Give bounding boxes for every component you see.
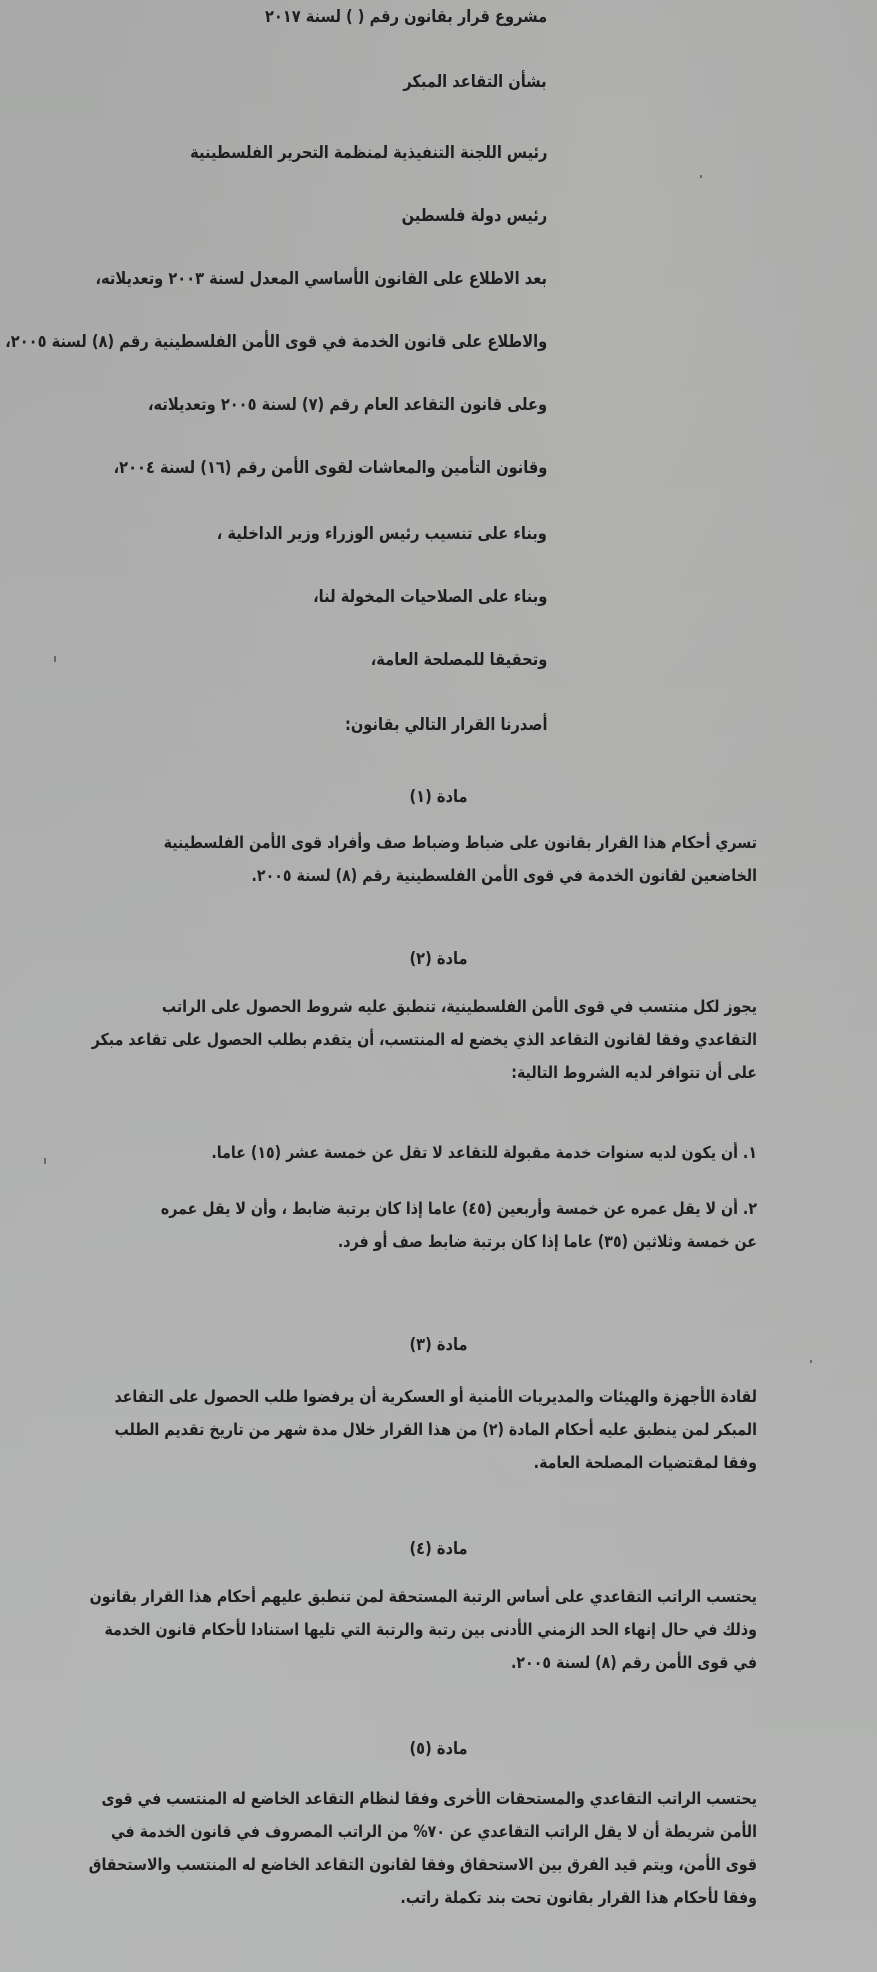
article-5-line: وفقا لأحكام هذا القرار بقانون تحت بند تك… [103,1881,757,1914]
preamble-line: وقانون التأمين والمعاشات لقوى الأمن رقم … [113,457,547,479]
article-1-line: تسري أحكام هذا القرار بقانون على ضباط وض… [103,826,757,859]
condition-number: ٢. [743,1199,757,1218]
article-1-heading: مادة (١) [61,786,815,808]
scan-speck [810,1360,812,1363]
article-2-line: يجوز لكل منتسب في قوى الأمن الفلسطينية، … [103,990,757,1023]
document-title: مشروع قرار بقانون رقم ( ) لسنة ٢٠١٧ [265,6,547,28]
scanned-document-page: مشروع قرار بقانون رقم ( ) لسنة ٢٠١٧ بشأن… [0,0,877,1972]
article-3-body: لقادة الأجهزة والهيئات والمديريات الأمني… [103,1380,757,1479]
article-4-heading: مادة (٤) [61,1538,815,1560]
condition-text: أن يكون لديه سنوات خدمة مقبولة للتقاعد ل… [211,1143,738,1162]
article-2-body: يجوز لكل منتسب في قوى الأمن الفلسطينية، … [103,990,757,1089]
article-4-line: يحتسب الراتب التقاعدي على أساس الرتبة ال… [103,1580,757,1613]
article-2-heading: مادة (٢) [61,948,815,970]
enactment-line: أصدرنا القرار التالي بقانون: [344,714,547,736]
condition-line: ١. أن يكون لديه سنوات خدمة مقبولة للتقاع… [103,1136,757,1169]
preamble-line: والاطلاع على قانون الخدمة في قوى الأمن ا… [5,331,547,353]
article-3-heading: مادة (٣) [61,1334,815,1356]
preamble-line: بعد الاطلاع على القانون الأساسي المعدل ل… [96,268,547,290]
preamble-line: وبناء على تنسيب رئيس الوزراء وزير الداخل… [217,523,547,545]
article-4-line: وذلك في حال إنهاء الحد الزمني الأدنى بين… [103,1613,757,1646]
article-2-line: التقاعدي وفقا لقانون التقاعد الذي يخضع ل… [103,1023,757,1056]
preamble-line: وبناء على الصلاحيات المخولة لنا، [313,586,547,608]
article-5-line: يحتسب الراتب التقاعدي والمستحقات الأخرى … [103,1782,757,1815]
article-2-condition-1: ١. أن يكون لديه سنوات خدمة مقبولة للتقاع… [103,1136,757,1169]
article-5-line: الأمن شريطة أن لا يقل الراتب التقاعدي عن… [103,1815,757,1848]
article-3-line: المبكر لمن ينطبق عليه أحكام المادة (٢) م… [103,1413,757,1446]
condition-number: ١. [743,1143,757,1162]
scan-speck [54,656,56,662]
article-1-body: تسري أحكام هذا القرار بقانون على ضباط وض… [103,826,757,892]
scan-speck [44,1158,46,1164]
article-5-line: قوى الأمن، ويتم قيد الفرق بين الاستحقاق … [103,1848,757,1881]
preamble-line: وعلى قانون التقاعد العام رقم (٧) لسنة ٢٠… [148,394,547,416]
article-2-condition-2: ٢. أن لا يقل عمره عن خمسة وأربعين (٤٥) ع… [103,1192,757,1258]
scan-speck [700,175,702,178]
article-2-line: على أن تتوافر لديه الشروط التالية: [103,1056,757,1089]
article-4-line: في قوى الأمن رقم (٨) لسنة ٢٠٠٥. [103,1646,757,1679]
condition-line: عن خمسة وثلاثين (٣٥) عاما إذا كان برتبة … [103,1225,757,1258]
condition-line: ٢. أن لا يقل عمره عن خمسة وأربعين (٤٥) ع… [103,1192,757,1225]
preamble-line: وتحقيقا للمصلحة العامة، [370,649,547,671]
condition-text: أن لا يقل عمره عن خمسة وأربعين (٤٥) عاما… [161,1199,738,1218]
article-1-line: الخاضعين لقانون الخدمة في قوى الأمن الفل… [103,859,757,892]
article-4-body: يحتسب الراتب التقاعدي على أساس الرتبة ال… [103,1580,757,1679]
document-subject: بشأن التقاعد المبكر [404,71,547,93]
preamble-line: رئيس دولة فلسطين [402,205,547,227]
article-3-line: لقادة الأجهزة والهيئات والمديريات الأمني… [103,1380,757,1413]
article-5-heading: مادة (٥) [61,1738,815,1760]
preamble-line: رئيس اللجنة التنفيذية لمنظمة التحرير الف… [190,142,547,164]
article-3-line: وفقا لمقتضيات المصلحة العامة. [103,1446,757,1479]
article-5-body: يحتسب الراتب التقاعدي والمستحقات الأخرى … [103,1782,757,1914]
